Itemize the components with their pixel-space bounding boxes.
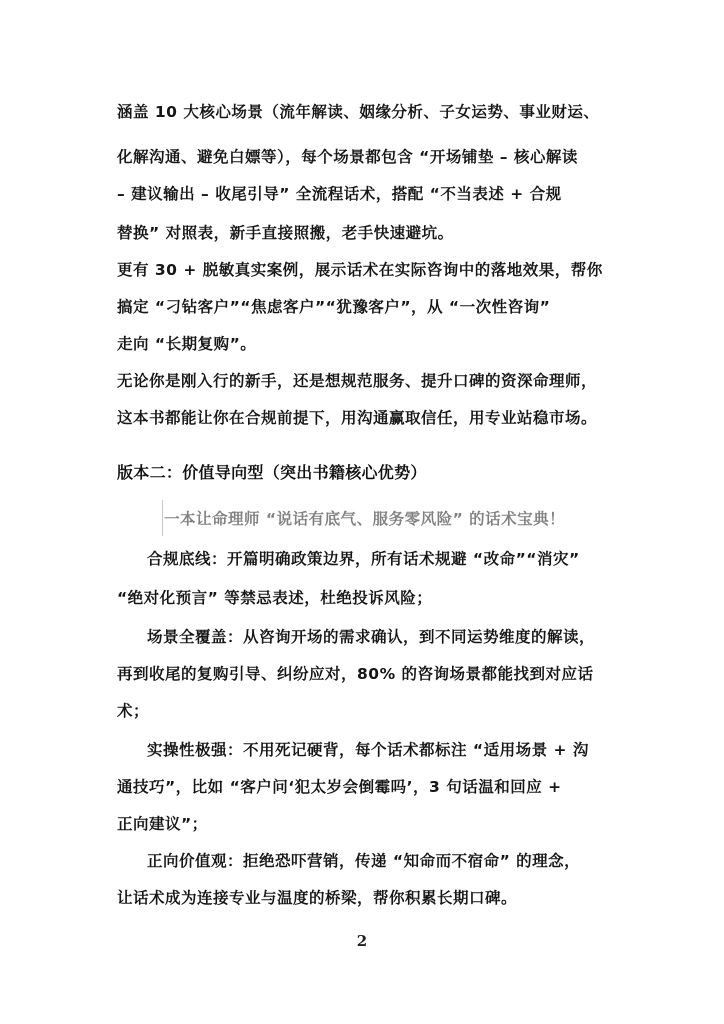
point-line: 让话术成为连接专业与温度的桥梁，帮你积累长期口碑。	[117, 888, 517, 908]
point-line: 术；	[117, 701, 149, 721]
point-line: 正向价值观：拒绝恐吓营销，传递 “知命而不宿命” 的理念，	[147, 851, 580, 871]
intro-line: 走向 “长期复购”。	[117, 334, 256, 354]
point-line: 正向建议”；	[117, 814, 208, 834]
intro-line: 无论你是刚入行的新手，还是想规范服务、提升口碑的资深命理师，	[117, 371, 597, 391]
point-line: 通技巧”，比如 “客户问‘犯太岁会倒霉吗’，3 句话温和回应 +	[117, 777, 562, 797]
document-page: 涵盖 10 大核心场景（流年解读、姻缘分析、子女运势、事业财运、 化解沟通、避免…	[0, 0, 724, 1024]
intro-line: 化解沟通、避免白嫖等），每个场景都包含 “开场铺垫 – 核心解读	[117, 147, 578, 167]
blockquote: 一本让命理师 “说话有底气、服务零风险” 的话术宝典！	[164, 507, 565, 529]
intro-line: 搞定 “刁钻客户”“焦虑客户”“犹豫客户”，从 “一次性咨询”	[117, 297, 550, 317]
intro-line: 这本书都能让你在合规前提下，用沟通赢取信任，用专业站稳市场。	[117, 408, 597, 428]
page-number: 2	[0, 932, 724, 950]
point-line: 场景全覆盖：从咨询开场的需求确认，到不同运势维度的解读，	[147, 627, 595, 647]
point-line: 实操性极强：不用死记硬背，每个话术都标注 “适用场景 + 沟	[147, 740, 589, 760]
point-line: “绝对化预言” 等禁忌表述，杜绝投诉风险；	[117, 588, 432, 608]
intro-line: 涵盖 10 大核心场景（流年解读、姻缘分析、子女运势、事业财运、	[117, 102, 599, 122]
intro-line: 更有 30 + 脱敏真实案例，展示话术在实际咨询中的落地效果，帮你	[117, 260, 603, 280]
section-heading: 版本二：价值导向型（突出书籍核心优势）	[117, 460, 427, 483]
intro-line: – 建议输出 – 收尾引导” 全流程话术，搭配 “不当表述 + 合规	[117, 184, 562, 204]
point-line: 再到收尾的复购引导、纠纷应对，80% 的咨询场景都能找到对应话	[117, 664, 594, 684]
point-line: 合规底线：开篇明确政策边界，所有话术规避 “改命”“消灾”	[147, 549, 580, 569]
quote-bar	[162, 500, 163, 536]
intro-line: 替换” 对照表，新手直接照搬，老手快速避坑。	[117, 223, 454, 243]
